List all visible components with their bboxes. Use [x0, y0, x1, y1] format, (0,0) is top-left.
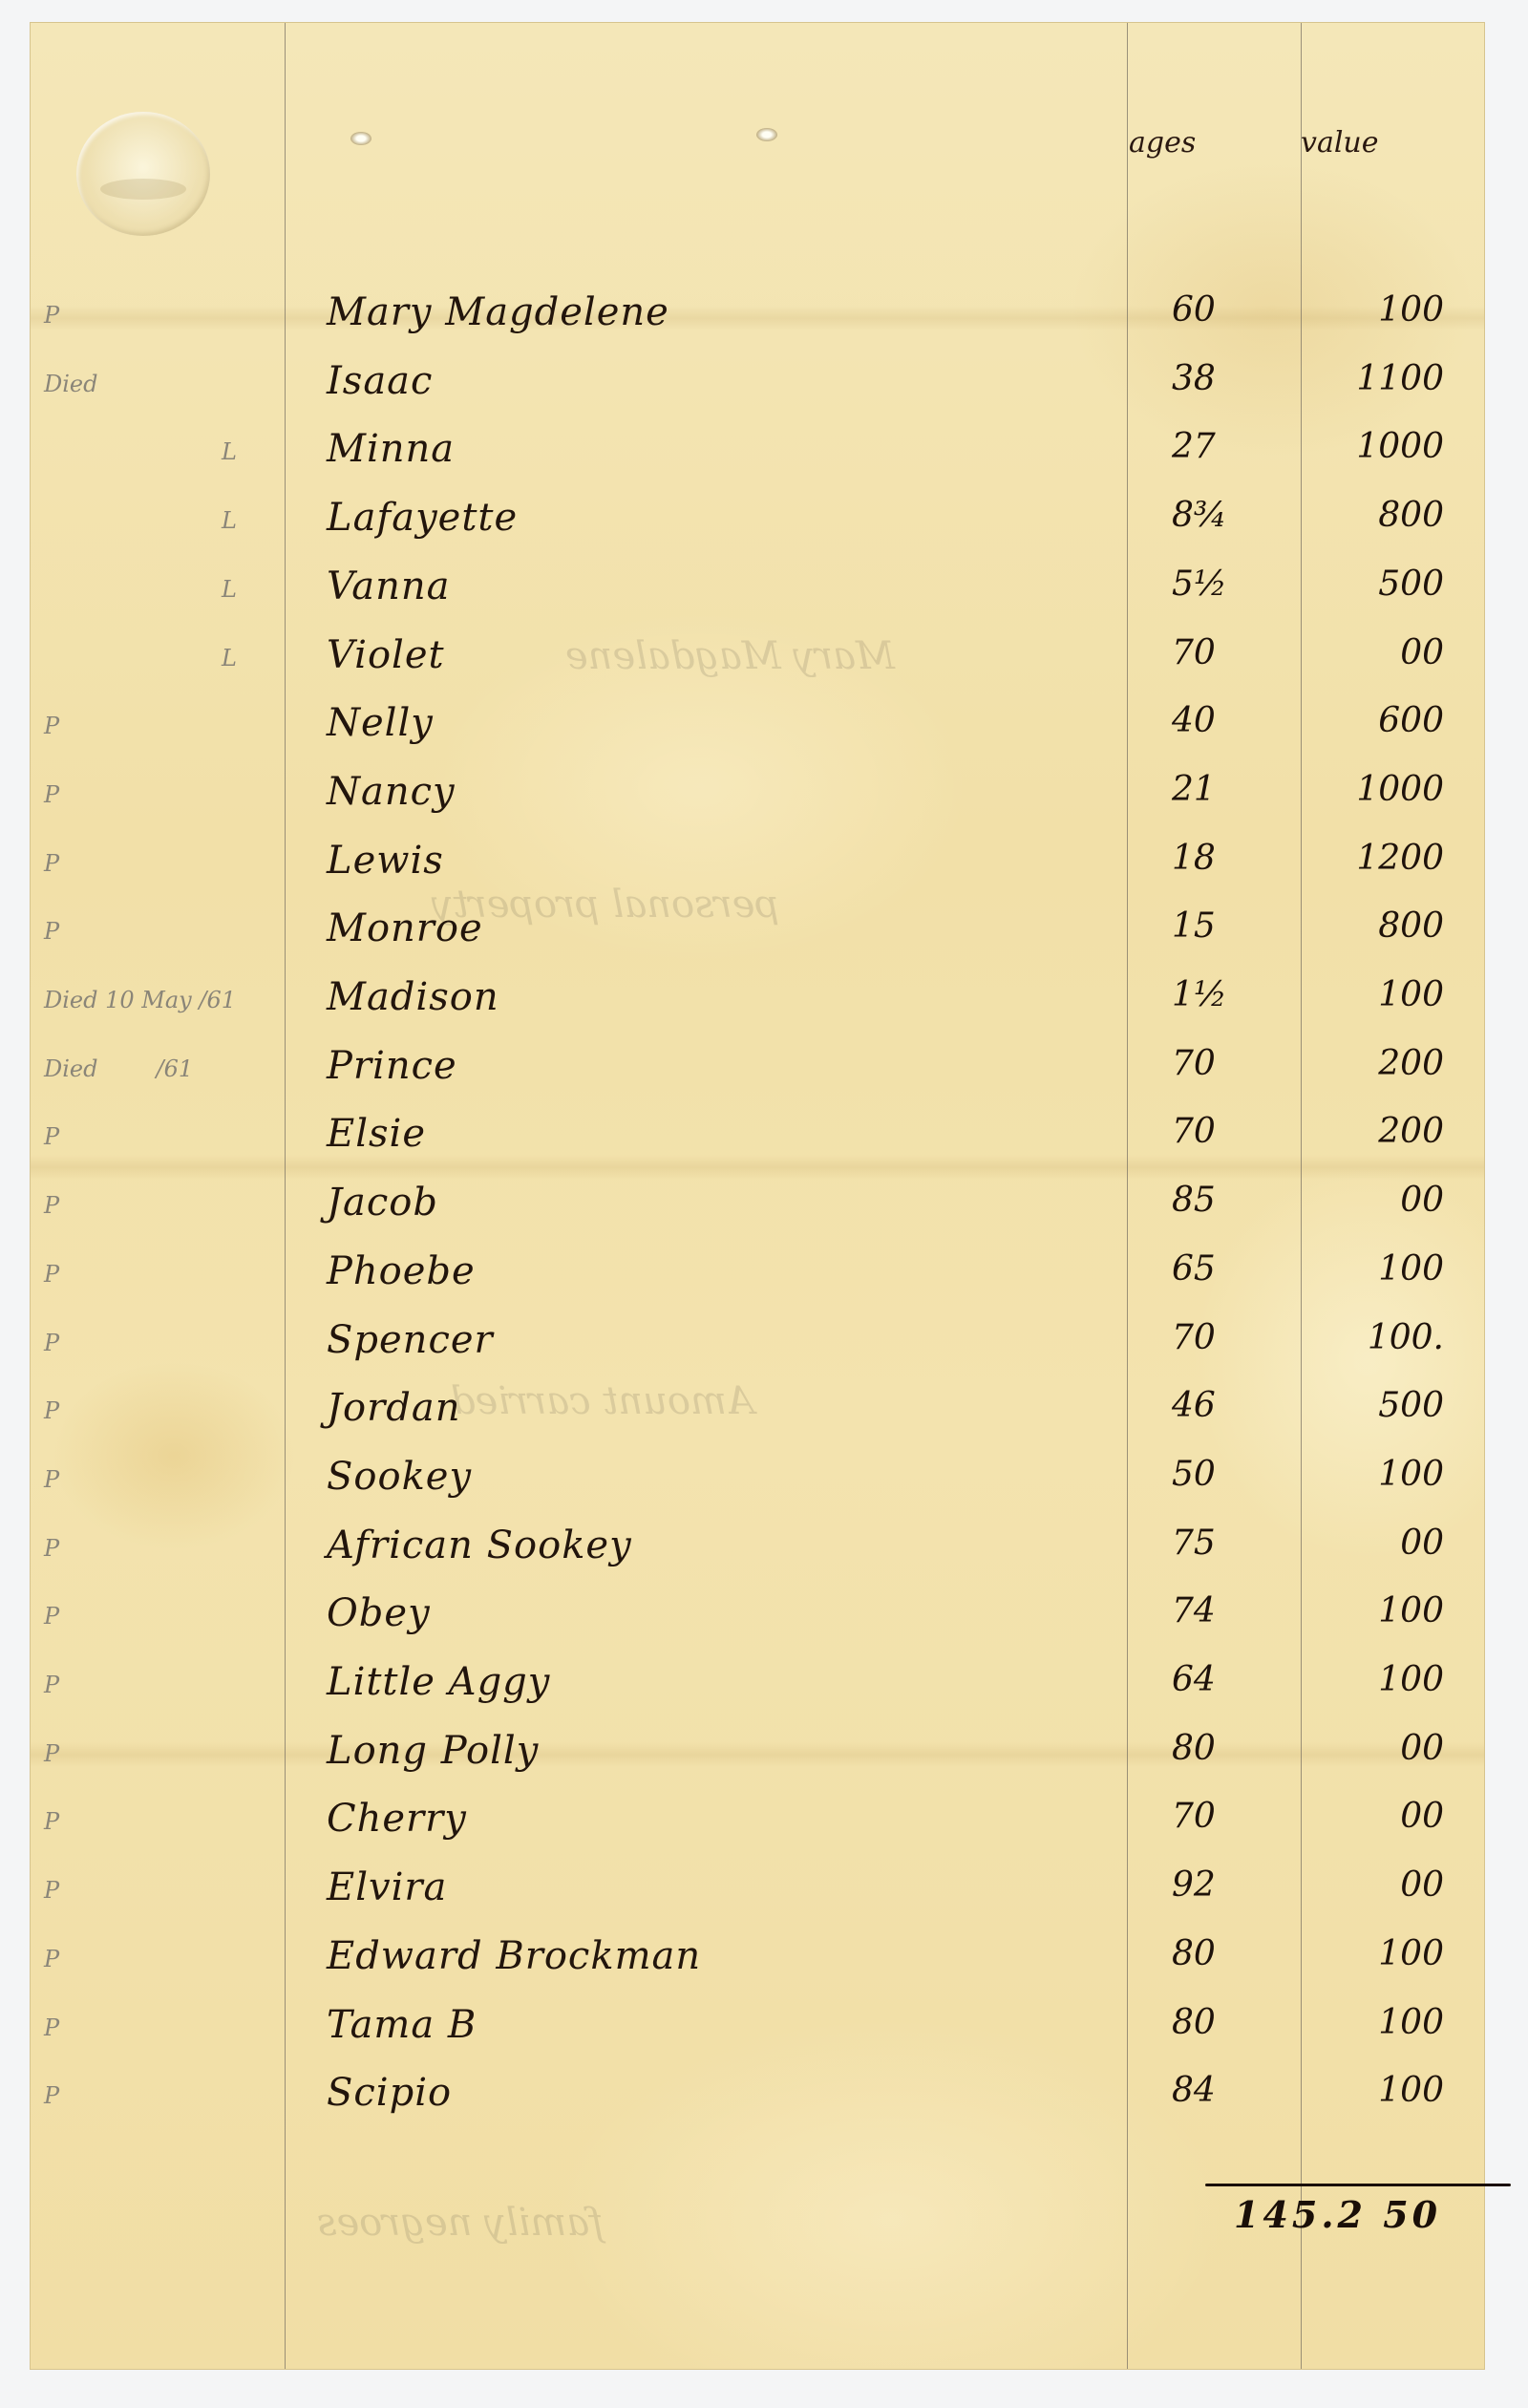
- margin-note: Died: [44, 371, 97, 397]
- margin-note: P: [44, 1740, 59, 1767]
- person-name: Jordan: [327, 1386, 460, 1430]
- age-value: 70: [1172, 1044, 1277, 1083]
- value-amount: 500: [1310, 565, 1444, 604]
- ledger-row: PNancy211000: [31, 770, 1484, 827]
- ledger-row: PMonroe15800: [31, 906, 1484, 964]
- ledger-row: LMinna271000: [31, 427, 1484, 484]
- person-name: Vanna: [327, 565, 450, 608]
- value-amount: 200: [1310, 1112, 1444, 1151]
- age-value: 85: [1172, 1181, 1277, 1220]
- age-value: 74: [1172, 1591, 1277, 1630]
- margin-note: P: [44, 302, 59, 329]
- value-amount: 100: [1310, 1249, 1444, 1289]
- ledger-row: PLewis181200: [31, 839, 1484, 896]
- age-value: 5½: [1172, 565, 1277, 604]
- margin-note: P: [44, 1261, 59, 1288]
- person-name: Lafayette: [327, 496, 518, 540]
- value-amount: 200: [1310, 1044, 1444, 1083]
- ledger-row: PPhoebe65100: [31, 1249, 1484, 1307]
- ledger-row: PEdward Brockman80100: [31, 1934, 1484, 1992]
- age-value: 84: [1172, 2071, 1277, 2110]
- margin-note: P: [44, 2014, 59, 2041]
- embossed-seal-icon: [76, 112, 210, 236]
- person-name: Minna: [327, 427, 455, 471]
- person-name: Little Aggy: [327, 1660, 550, 1704]
- person-name: Cherry: [327, 1797, 467, 1841]
- person-name: Jacob: [327, 1181, 438, 1225]
- value-amount: 00: [1310, 633, 1444, 672]
- column-header-ages: ages: [1129, 126, 1196, 160]
- age-value: 15: [1172, 906, 1277, 946]
- ledger-row: PLittle Aggy64100: [31, 1660, 1484, 1717]
- person-name: Sookey: [327, 1455, 472, 1499]
- value-amount: 100: [1310, 290, 1444, 330]
- age-value: 70: [1172, 1318, 1277, 1357]
- person-name: Phoebe: [327, 1249, 476, 1293]
- ledger-row: PLong Polly8000: [31, 1729, 1484, 1786]
- ledger-row: LVanna5½500: [31, 565, 1484, 622]
- ledger-row: PElsie70200: [31, 1112, 1484, 1169]
- pinhole-icon: [350, 132, 371, 145]
- margin-note: P: [44, 1123, 59, 1150]
- margin-note: P: [44, 1603, 59, 1630]
- ledger-row: Died 10 May /61Madison1½100: [31, 975, 1484, 1033]
- value-amount: 00: [1310, 1181, 1444, 1220]
- age-value: 50: [1172, 1455, 1277, 1494]
- age-value: 40: [1172, 701, 1277, 740]
- ledger-row: PObey74100: [31, 1591, 1484, 1649]
- margin-note: P: [44, 918, 59, 945]
- person-name: Scipio: [327, 2071, 452, 2115]
- person-name: Monroe: [327, 906, 483, 950]
- person-name: Violet: [327, 633, 445, 677]
- age-value: 92: [1172, 1865, 1277, 1905]
- person-name: African Sookey: [327, 1524, 632, 1567]
- value-amount: 100: [1310, 2071, 1444, 2110]
- ledger-page: Mary Magdalene personal property Amount …: [31, 23, 1484, 2369]
- margin-note: Died /61: [44, 1055, 193, 1082]
- value-amount: 800: [1310, 496, 1444, 535]
- ledger-row: DiedIsaac381100: [31, 359, 1484, 416]
- person-name: Tama B: [327, 2003, 477, 2047]
- margin-note: P: [44, 1466, 59, 1493]
- value-amount: 00: [1310, 1524, 1444, 1563]
- margin-note: P: [44, 1397, 59, 1424]
- margin-note: P: [44, 850, 59, 877]
- pinhole-icon: [756, 128, 777, 141]
- value-amount: 1000: [1310, 427, 1444, 466]
- margin-note: P: [44, 1192, 59, 1219]
- value-amount: 100: [1310, 1660, 1444, 1699]
- age-value: 64: [1172, 1660, 1277, 1699]
- ledger-row: Died /61Prince70200: [31, 1044, 1484, 1101]
- age-value: 60: [1172, 290, 1277, 330]
- ledger-row: LLafayette8¾800: [31, 496, 1484, 553]
- person-name: Elsie: [327, 1112, 426, 1156]
- value-amount: 800: [1310, 906, 1444, 946]
- ledger-row: PScipio84100: [31, 2071, 1484, 2128]
- ledger-row: PElvira9200: [31, 1865, 1484, 1923]
- age-value: 70: [1172, 633, 1277, 672]
- age-value: 8¾: [1172, 496, 1277, 535]
- age-value: 80: [1172, 1934, 1277, 1973]
- age-value: 18: [1172, 839, 1277, 878]
- ledger-row: LViolet7000: [31, 633, 1484, 691]
- person-name: Nelly: [327, 701, 434, 745]
- margin-note: L: [222, 645, 237, 671]
- ledger-row: PCherry7000: [31, 1797, 1484, 1854]
- ledger-row: PTama B80100: [31, 2003, 1484, 2060]
- margin-note: P: [44, 1330, 59, 1356]
- ledger-row: PMary Magdelene60100: [31, 290, 1484, 348]
- margin-note: P: [44, 1877, 59, 1904]
- value-amount: 1200: [1310, 839, 1444, 878]
- person-name: Mary Magdelene: [327, 290, 669, 334]
- person-name: Isaac: [327, 359, 433, 403]
- total-rule: [1205, 2184, 1511, 2186]
- person-name: Madison: [327, 975, 499, 1019]
- margin-note: Died 10 May /61: [44, 987, 236, 1013]
- person-name: Lewis: [327, 839, 444, 883]
- margin-note: P: [44, 1808, 59, 1835]
- value-amount: 100: [1310, 2003, 1444, 2042]
- age-value: 80: [1172, 2003, 1277, 2042]
- value-amount: 100: [1310, 1455, 1444, 1494]
- age-value: 80: [1172, 1729, 1277, 1768]
- margin-note: P: [44, 2082, 59, 2109]
- person-name: Prince: [327, 1044, 457, 1088]
- ledger-row: PJacob8500: [31, 1181, 1484, 1238]
- person-name: Long Polly: [327, 1729, 539, 1773]
- margin-note: L: [222, 438, 237, 465]
- value-amount: 100: [1310, 1934, 1444, 1973]
- value-amount: 100: [1310, 975, 1444, 1014]
- value-amount: 500: [1310, 1386, 1444, 1425]
- person-name: Spencer: [327, 1318, 494, 1362]
- age-value: 21: [1172, 770, 1277, 809]
- age-value: 70: [1172, 1112, 1277, 1151]
- age-value: 65: [1172, 1249, 1277, 1289]
- margin-note: P: [44, 1946, 59, 1972]
- value-amount: 100.: [1310, 1318, 1444, 1357]
- ledger-row: PAfrican Sookey7500: [31, 1524, 1484, 1581]
- value-amount: 1100: [1310, 359, 1444, 398]
- person-name: Elvira: [327, 1865, 447, 1909]
- person-name: Edward Brockman: [327, 1934, 701, 1978]
- ledger-row: PSpencer70100.: [31, 1318, 1484, 1375]
- age-value: 70: [1172, 1797, 1277, 1836]
- value-amount: 1000: [1310, 770, 1444, 809]
- margin-note: P: [44, 1535, 59, 1562]
- person-name: Obey: [327, 1591, 431, 1635]
- age-value: 1½: [1172, 975, 1277, 1014]
- margin-note: L: [222, 507, 237, 534]
- value-amount: 600: [1310, 701, 1444, 740]
- value-amount: 100: [1310, 1591, 1444, 1630]
- person-name: Nancy: [327, 770, 456, 814]
- age-value: 38: [1172, 359, 1277, 398]
- margin-note: P: [44, 1672, 59, 1698]
- margin-note: P: [44, 713, 59, 739]
- value-amount: 00: [1310, 1865, 1444, 1905]
- ledger-row: PSookey50100: [31, 1455, 1484, 1512]
- ledger-row: PNelly40600: [31, 701, 1484, 758]
- ledger-total: 145.2 50: [1234, 2193, 1441, 2236]
- show-through-text: family negroes: [317, 2201, 604, 2245]
- column-header-value: value: [1301, 126, 1379, 160]
- margin-note: P: [44, 781, 59, 808]
- margin-note: L: [222, 576, 237, 603]
- value-amount: 00: [1310, 1797, 1444, 1836]
- ledger-row: PJordan46500: [31, 1386, 1484, 1443]
- value-amount: 00: [1310, 1729, 1444, 1768]
- age-value: 46: [1172, 1386, 1277, 1425]
- age-value: 27: [1172, 427, 1277, 466]
- age-value: 75: [1172, 1524, 1277, 1563]
